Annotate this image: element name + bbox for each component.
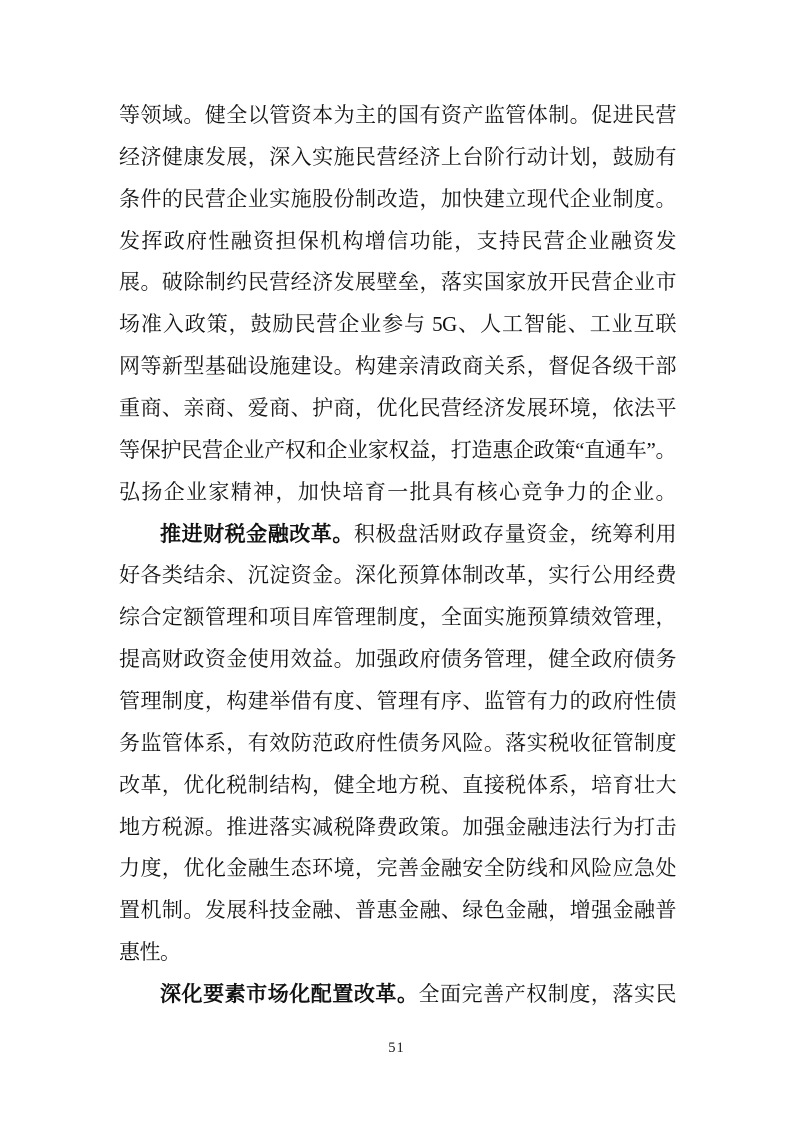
bold-text-run: 推进财税金融改革。: [160, 522, 354, 546]
text-run: 提高财政资金使用效益。加强政府债务管理，健全政府债务: [119, 647, 676, 671]
text-line: 推进财税金融改革。积极盘活财政存量资金，统筹利用: [119, 514, 676, 556]
text-run: 务监管体系，有效防范政府性债务风险。落实税收征管制度: [119, 731, 676, 755]
text-line: 网等新型基础设施建设。构建亲清政商关系，督促各级干部: [119, 346, 676, 388]
text-line: 深化要素市场化配置改革。全面完善产权制度，落实民: [119, 974, 676, 1016]
text-line: 改革，优化税制结构，健全地方税、直接税体系，培育壮大: [119, 765, 676, 807]
text-line: 条件的民营企业实施股份制改造，加快建立现代企业制度。: [119, 179, 676, 221]
text-line: 综合定额管理和项目库管理制度，全面实施预算绩效管理，: [119, 597, 676, 639]
text-line: 重商、亲商、爱商、护商，优化民营经济发展环境，依法平: [119, 388, 676, 430]
text-run: 场准入政策，鼓励民营企业参与 5G、人工智能、工业互联: [119, 312, 676, 336]
text-line: 管理制度，构建举借有度、管理有序、监管有力的政府性债: [119, 681, 676, 723]
text-run: 惠性。: [119, 940, 181, 964]
text-run: 地方税源。推进落实减税降费政策。加强金融违法行为打击: [119, 815, 676, 839]
text-line: 力度，优化金融生态环境，完善金融安全防线和风险应急处: [119, 848, 676, 890]
text-line: 经济健康发展，深入实施民营经济上台阶行动计划，鼓励有: [119, 137, 676, 179]
text-line: 弘扬企业家精神，加快培育一批具有核心竞争力的企业。: [119, 472, 676, 514]
text-run: 积极盘活财政存量资金，统筹利用: [354, 522, 676, 546]
bold-text-run: 深化要素市场化配置改革。: [160, 982, 419, 1006]
text-run: 置机制。发展科技金融、普惠金融、绿色金融，增强金融普: [119, 898, 676, 922]
text-line: 场准入政策，鼓励民营企业参与 5G、人工智能、工业互联: [119, 304, 676, 346]
text-line: 地方税源。推进落实减税降费政策。加强金融违法行为打击: [119, 807, 676, 849]
text-line: 展。破除制约民营经济发展壁垒，落实国家放开民营企业市: [119, 262, 676, 304]
text-run: 等领域。健全以管资本为主的国有资产监管体制。促进民营: [119, 103, 676, 127]
text-line: 等保护民营企业产权和企业家权益，打造惠企政策“直通车”。: [119, 430, 676, 472]
text-line: 等领域。健全以管资本为主的国有资产监管体制。促进民营: [119, 95, 676, 137]
document-text-block: 等领域。健全以管资本为主的国有资产监管体制。促进民营经济健康发展，深入实施民营经…: [119, 95, 676, 1016]
text-run: 改革，优化税制结构，健全地方税、直接税体系，培育壮大: [119, 773, 676, 797]
text-run: 条件的民营企业实施股份制改造，加快建立现代企业制度。: [119, 187, 676, 211]
text-run: 好各类结余、沉淀资金。深化预算体制改革，实行公用经费: [119, 563, 676, 587]
text-run: 发挥政府性融资担保机构增信功能，支持民营企业融资发: [119, 229, 676, 253]
text-run: 全面完善产权制度，落实民: [419, 982, 676, 1006]
text-run: 力度，优化金融生态环境，完善金融安全防线和风险应急处: [119, 856, 676, 880]
text-run: 网等新型基础设施建设。构建亲清政商关系，督促各级干部: [119, 354, 676, 378]
text-run: 经济健康发展，深入实施民营经济上台阶行动计划，鼓励有: [119, 145, 676, 169]
text-line: 提高财政资金使用效益。加强政府债务管理，健全政府债务: [119, 639, 676, 681]
text-run: 综合定额管理和项目库管理制度，全面实施预算绩效管理，: [119, 605, 676, 629]
text-run: 弘扬企业家精神，加快培育一批具有核心竞争力的企业。: [119, 480, 676, 504]
text-run: 管理制度，构建举借有度、管理有序、监管有力的政府性债: [119, 689, 676, 713]
text-line: 务监管体系，有效防范政府性债务风险。落实税收征管制度: [119, 723, 676, 765]
text-line: 惠性。: [119, 932, 676, 974]
text-run: 展。破除制约民营经济发展壁垒，落实国家放开民营企业市: [119, 270, 676, 294]
document-page: 等领域。健全以管资本为主的国有资产监管体制。促进民营经济健康发展，深入实施民营经…: [0, 0, 793, 1122]
text-line: 好各类结余、沉淀资金。深化预算体制改革，实行公用经费: [119, 555, 676, 597]
text-run: 等保护民营企业产权和企业家权益，打造惠企政策“直通车”。: [119, 438, 676, 462]
text-run: 重商、亲商、爱商、护商，优化民营经济发展环境，依法平: [119, 396, 676, 420]
text-line: 发挥政府性融资担保机构增信功能，支持民营企业融资发: [119, 221, 676, 263]
page-number: 51: [0, 1040, 793, 1057]
text-line: 置机制。发展科技金融、普惠金融、绿色金融，增强金融普: [119, 890, 676, 932]
